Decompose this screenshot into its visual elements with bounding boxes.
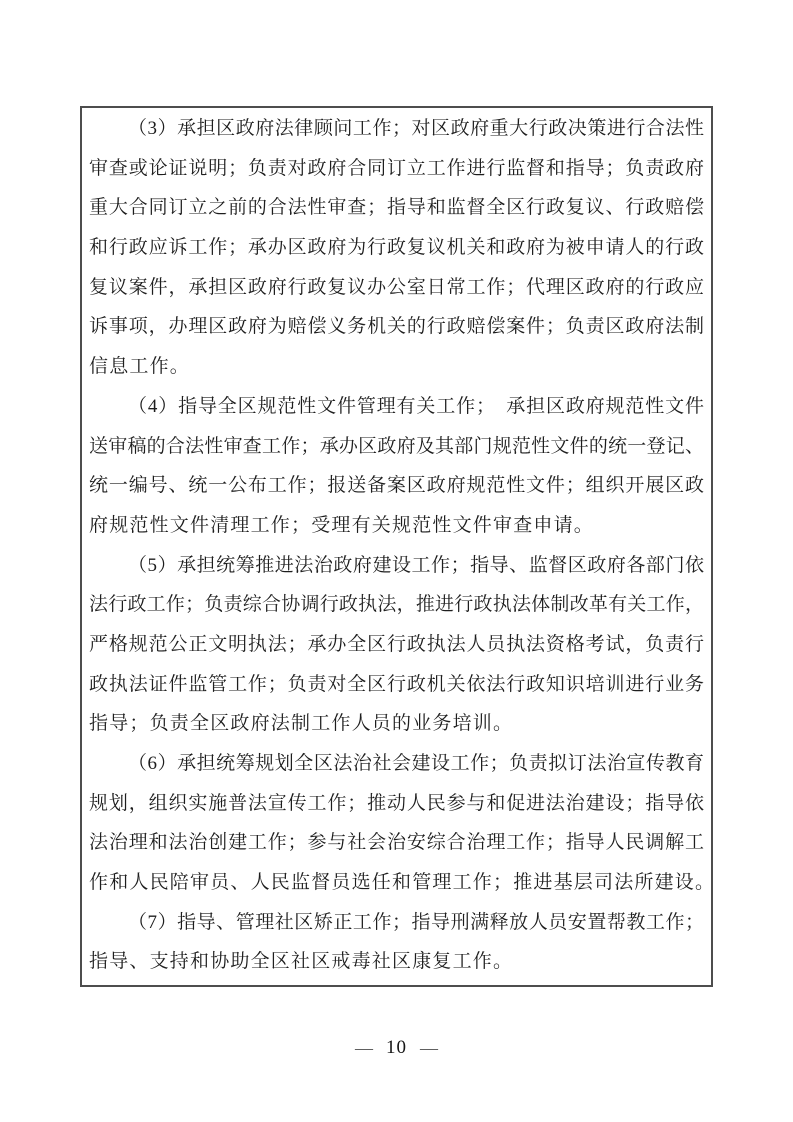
text-line: 作和人民陪审员、人民监督员选任和管理工作；推进基层司法所建设。 [89, 863, 704, 903]
text-line: （7）指导、管理社区矫正工作；指导刑满释放人员安置帮教工作； [89, 903, 704, 943]
text-line: 规划，组织实施普法宣传工作；推动人民参与和促进法治建设；指导依 [89, 784, 704, 824]
body-text: （3）承担区政府法律顾问工作；对区政府重大行政决策进行合法性审查或论证说明；负责… [89, 109, 704, 982]
footer-dash-left: — [355, 1038, 373, 1059]
text-line: 重大合同订立之前的合法性审查；指导和监督全区行政复议、行政赔偿 [89, 188, 704, 228]
text-line: （4）指导全区规范性文件管理有关工作； 承担区政府规范性文件 [89, 387, 704, 427]
document-page: （3）承担区政府法律顾问工作；对区政府重大行政决策进行合法性审查或论证说明；负责… [0, 0, 793, 1122]
page-footer: — 10 — [0, 1033, 793, 1063]
text-line: 严格规范公正文明执法；承办全区行政执法人员执法资格考试，负责行 [89, 625, 704, 665]
text-line: 诉事项，办理区政府为赔偿义务机关的行政赔偿案件；负责区政府法制 [89, 307, 704, 347]
text-line: 送审稿的合法性审查工作；承办区政府及其部门规范性文件的统一登记、 [89, 427, 704, 467]
text-line: 统一编号、统一公布工作；报送备案区政府规范性文件；组织开展区政 [89, 466, 704, 506]
text-line: 信息工作。 [89, 347, 704, 387]
text-line: 指导、支持和协助全区社区戒毒社区康复工作。 [89, 942, 704, 982]
text-line: 府规范性文件清理工作；受理有关规范性文件审查申请。 [89, 506, 704, 546]
footer-dash-right: — [420, 1038, 438, 1059]
text-line: 和行政应诉工作；承办区政府为行政复议机关和政府为被申请人的行政 [89, 228, 704, 268]
text-line: （3）承担区政府法律顾问工作；对区政府重大行政决策进行合法性 [89, 109, 704, 149]
text-line: 指导；负责全区政府法制工作人员的业务培训。 [89, 704, 704, 744]
page-number: 10 [386, 1037, 407, 1059]
text-line: 政执法证件监管工作；负责对全区行政机关依法行政知识培训进行业务 [89, 665, 704, 705]
text-line: 法行政工作；负责综合协调行政执法，推进行政执法体制改革有关工作， [89, 585, 704, 625]
text-line: 审查或论证说明；负责对政府合同订立工作进行监督和指导；负责政府 [89, 149, 704, 189]
text-line: 复议案件，承担区政府行政复议办公室日常工作；代理区政府的行政应 [89, 268, 704, 308]
text-line: （5）承担统筹推进法治政府建设工作；指导、监督区政府各部门依 [89, 546, 704, 586]
text-line: （6）承担统筹规划全区法治社会建设工作；负责拟订法治宣传教育 [89, 744, 704, 784]
text-line: 法治理和法治创建工作；参与社会治安综合治理工作；指导人民调解工 [89, 823, 704, 863]
content-border-box: （3）承担区政府法律顾问工作；对区政府重大行政决策进行合法性审查或论证说明；负责… [80, 106, 713, 987]
